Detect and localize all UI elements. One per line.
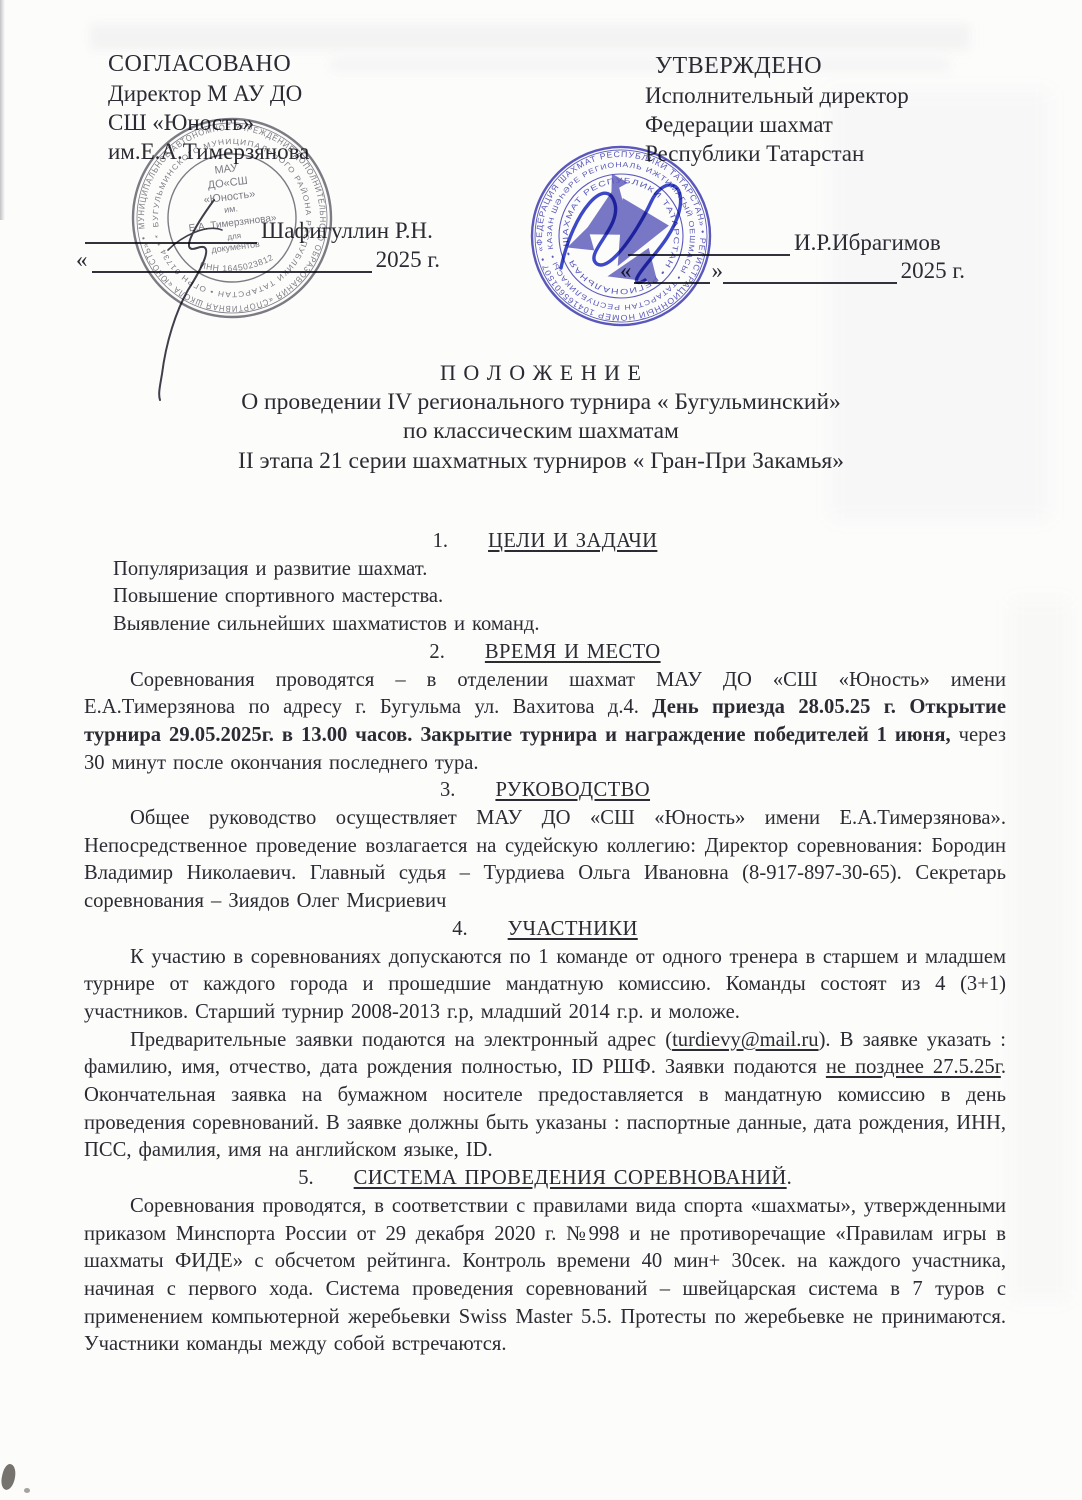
text-run: Выявление сильнейших шахматистов и коман… [113, 613, 540, 635]
scan-speck [0, 1463, 18, 1491]
approval-right-line: Исполнительный директор [645, 81, 1005, 110]
document-title-block: П О Л О Ж Е Н И Е О проведении IV регион… [0, 358, 1082, 476]
section-heading: 3.РУКОВОДСТВО [84, 777, 1006, 805]
section-heading: 1.ЦЕЛИ И ЗАДАЧИ [84, 528, 1006, 556]
approval-left-label: СОГЛАСОВАНО [108, 50, 438, 79]
paragraph: Общее руководство осуществляет МАУ ДО «С… [84, 805, 1006, 916]
signer-name-right: И.Р.Ибрагимов [794, 230, 941, 256]
text-run: turdievy@mail.ru [672, 1029, 819, 1051]
approval-right-line: Федерации шахмат [645, 110, 1005, 139]
year-right: 2025 г. [901, 258, 965, 284]
sections: 1.ЦЕЛИ И ЗАДАЧИПопуляризация и развитие … [84, 528, 1006, 1359]
year-left: 2025 г. [376, 247, 440, 273]
scan-bleedthrough [1010, 600, 1070, 1300]
document-subtitle: II этапа 21 серии шахматных турниров « Г… [0, 447, 1082, 477]
paragraph: Соревнования проводятся, в соответствии … [84, 1193, 1006, 1359]
paragraph: Выявление сильнейших шахматистов и коман… [84, 611, 1006, 639]
document-subtitle: О проведении IV регионального турнира « … [0, 388, 1082, 418]
text-run: К участию в соревнованиях допускаются по… [84, 946, 1006, 1023]
text-run: Соревнования проводятся, в соответствии … [84, 1195, 1006, 1356]
paragraph: Предварительные заявки подаются на элект… [84, 1027, 1006, 1166]
handwritten-signature-right [545, 166, 780, 296]
text-run: Предварительные заявки подаются на элект… [130, 1029, 672, 1051]
document-subtitle: по классическим шахматам [0, 417, 1082, 447]
paragraph: Популяризация и развитие шахмат. [84, 556, 1006, 584]
scan-speck [24, 1488, 30, 1493]
section-heading: 2.ВРЕМЯ И МЕСТО [84, 639, 1006, 667]
text-run: Повышение спортивного мастерства. [113, 585, 443, 607]
scan-bleedthrough [90, 24, 970, 50]
paragraph: К участию в соревнованиях допускаются по… [84, 944, 1006, 1027]
scanned-document-page: СОГЛАСОВАНО Директор М АУ ДО СШ «Юность»… [0, 0, 1082, 1500]
paragraph: Повышение спортивного мастерства. [84, 583, 1006, 611]
paragraph: Соревнования проводятся – в отделении ша… [84, 667, 1006, 778]
section-heading: 5.СИСТЕМА ПРОВЕДЕНИЯ СОРЕВНОВАНИЙ. [84, 1165, 1006, 1193]
approval-left-line: Директор М АУ ДО [108, 79, 438, 108]
section-heading: 4.УЧАСТНИКИ [84, 916, 1006, 944]
quote-mark: « [76, 247, 88, 273]
text-run: Популяризация и развитие шахмат. [113, 558, 427, 580]
text-run: Общее руководство осуществляет МАУ ДО «С… [84, 807, 1006, 912]
text-run: не позднее 27.5.25г [826, 1056, 1001, 1078]
approval-right-label: УТВЕРЖДЕНО [645, 52, 1005, 81]
scan-edge-shadow [0, 0, 5, 220]
document-title: П О Л О Ж Е Н И Е [0, 358, 1082, 388]
